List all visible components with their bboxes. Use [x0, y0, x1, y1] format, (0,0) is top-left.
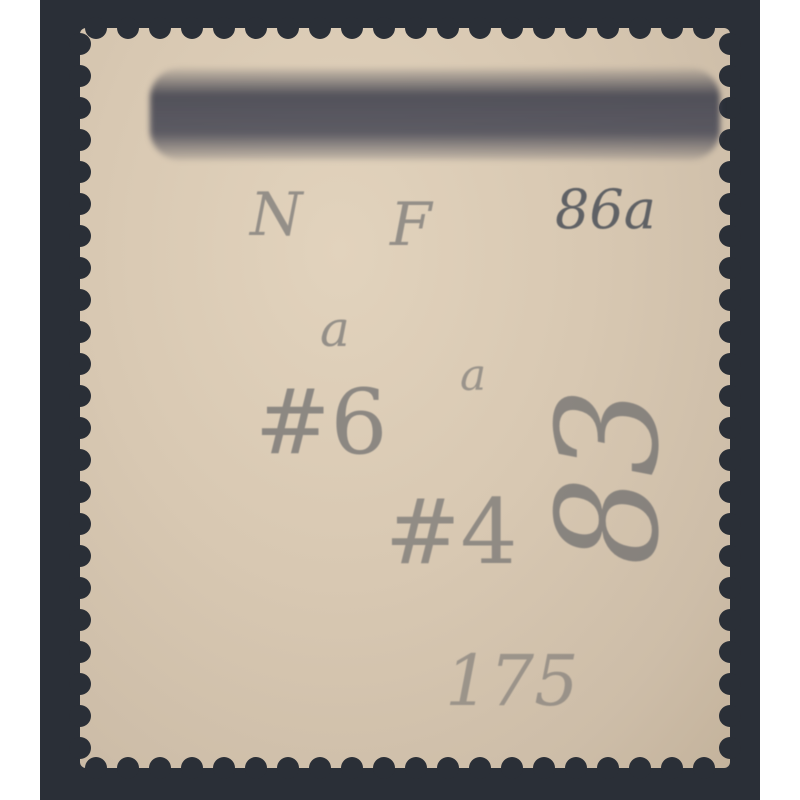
pencil-note-hash-center: #4 — [385, 480, 518, 585]
pencil-note-top-left: N — [250, 180, 303, 250]
catalog-reference: 86a — [555, 178, 656, 241]
bottom-number: 175 — [445, 640, 579, 722]
pencil-note-top-center: F — [390, 190, 432, 260]
pencil-note-a-center: a — [460, 350, 486, 401]
pencil-note-hash-left: #6 — [255, 370, 388, 475]
pencil-note-a-left: a — [320, 300, 350, 358]
hinge-ink-bar — [150, 68, 720, 160]
large-numeral: 83 — [528, 387, 691, 565]
